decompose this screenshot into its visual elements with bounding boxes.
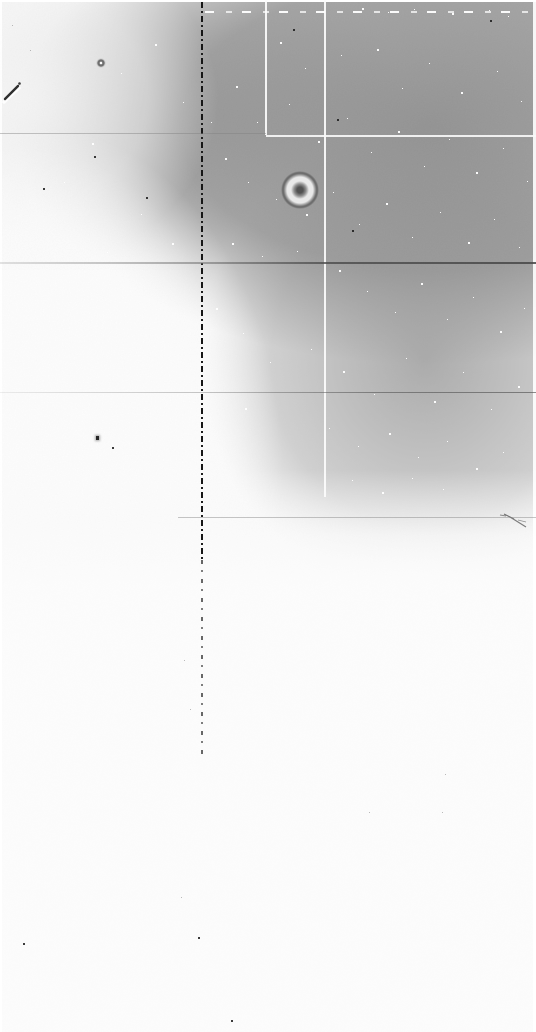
speck <box>524 308 525 309</box>
speck <box>490 20 492 22</box>
scan-seam-h1-left <box>0 133 266 134</box>
speck <box>497 71 498 72</box>
speck <box>414 9 415 10</box>
speck <box>518 386 520 388</box>
speck <box>440 212 441 213</box>
small-ring-spot-artifact <box>96 58 106 68</box>
speck <box>358 446 359 447</box>
speck <box>236 86 238 88</box>
speck <box>374 394 375 395</box>
speck <box>382 492 384 494</box>
speck <box>377 49 379 51</box>
speck <box>347 118 348 119</box>
speck <box>369 812 370 813</box>
speck <box>362 8 364 10</box>
speck <box>280 42 282 44</box>
scan-seam-vertical-1 <box>265 0 267 135</box>
speck <box>190 709 191 710</box>
speck <box>449 139 450 140</box>
speck <box>491 409 492 410</box>
column-defect-upper <box>201 2 203 560</box>
speck <box>461 92 463 94</box>
speck <box>225 158 227 160</box>
speck <box>183 102 184 103</box>
speck <box>257 122 258 123</box>
speck <box>519 247 520 248</box>
speck <box>23 943 25 945</box>
speck <box>184 660 185 661</box>
scan-seam-vertical-2 <box>324 0 326 497</box>
speck <box>463 372 464 373</box>
speck <box>412 237 413 238</box>
speck <box>352 480 353 481</box>
speck <box>297 251 298 252</box>
plate-scan-image <box>0 0 536 1032</box>
speck <box>508 16 509 17</box>
speck <box>402 88 403 89</box>
scan-seam-h1-right <box>266 135 536 137</box>
speck <box>371 152 372 153</box>
speck <box>92 143 94 145</box>
speck <box>388 12 389 13</box>
speck <box>107 252 108 253</box>
speck <box>248 182 249 183</box>
speck <box>406 358 407 359</box>
speck <box>94 156 96 158</box>
speck <box>503 148 504 149</box>
speck <box>293 29 295 31</box>
speck <box>211 122 212 123</box>
speck <box>306 214 308 216</box>
speck <box>245 408 247 410</box>
speck <box>232 243 234 245</box>
speck <box>141 214 142 215</box>
speck <box>442 812 443 813</box>
speck <box>489 10 490 11</box>
speck <box>339 270 341 272</box>
speck <box>43 188 45 190</box>
speck <box>270 362 271 363</box>
speck <box>64 182 65 183</box>
speck <box>155 44 157 46</box>
speck <box>386 203 388 205</box>
dust-donut-artifact <box>281 171 319 209</box>
emulsion-fog-background <box>0 0 536 1032</box>
speck <box>333 192 334 193</box>
speck <box>359 224 360 225</box>
speck <box>146 197 148 199</box>
speck <box>429 63 430 64</box>
speck <box>452 13 454 15</box>
speck <box>521 101 522 102</box>
scan-seam-h2 <box>0 262 536 264</box>
speck <box>421 283 423 285</box>
speck <box>447 319 448 320</box>
speck <box>418 457 419 458</box>
speck <box>311 349 312 350</box>
speck <box>289 104 290 105</box>
speck <box>231 1020 233 1022</box>
speck <box>172 243 174 245</box>
scan-margin-top <box>0 0 536 2</box>
speck <box>305 68 306 69</box>
speck <box>112 447 114 449</box>
scan-seam-h4 <box>178 517 536 518</box>
scan-seam-h3 <box>0 392 536 393</box>
speck <box>102 62 103 63</box>
speck <box>216 308 218 310</box>
scan-margin-left <box>0 0 2 1032</box>
speck <box>198 937 200 939</box>
speck <box>412 478 413 479</box>
column-defect-lower <box>201 560 203 757</box>
speck <box>12 25 13 26</box>
speck <box>262 256 263 257</box>
speck <box>468 242 470 244</box>
speck <box>367 291 368 292</box>
speck <box>389 433 391 435</box>
pinhole-dot-artifact <box>96 436 99 440</box>
speck <box>473 297 474 298</box>
speck <box>181 897 182 898</box>
speck <box>243 333 244 334</box>
speck <box>445 774 446 775</box>
speck <box>443 489 444 490</box>
speck <box>343 371 345 373</box>
speck <box>121 73 122 74</box>
speck <box>503 452 504 453</box>
speck <box>434 401 436 403</box>
speck <box>500 331 502 333</box>
speck <box>494 219 495 220</box>
speck <box>476 172 478 174</box>
speck <box>398 131 400 133</box>
speck <box>318 141 320 143</box>
speck <box>476 468 478 470</box>
speck <box>447 441 448 442</box>
speck <box>395 312 396 313</box>
speck <box>527 181 528 182</box>
speck <box>341 55 342 56</box>
speck <box>329 428 330 429</box>
speck <box>276 199 277 200</box>
speck <box>30 50 31 51</box>
speck <box>352 230 354 232</box>
speck <box>337 119 339 121</box>
scan-seam-top-dashed <box>205 11 536 13</box>
speck <box>424 166 425 167</box>
